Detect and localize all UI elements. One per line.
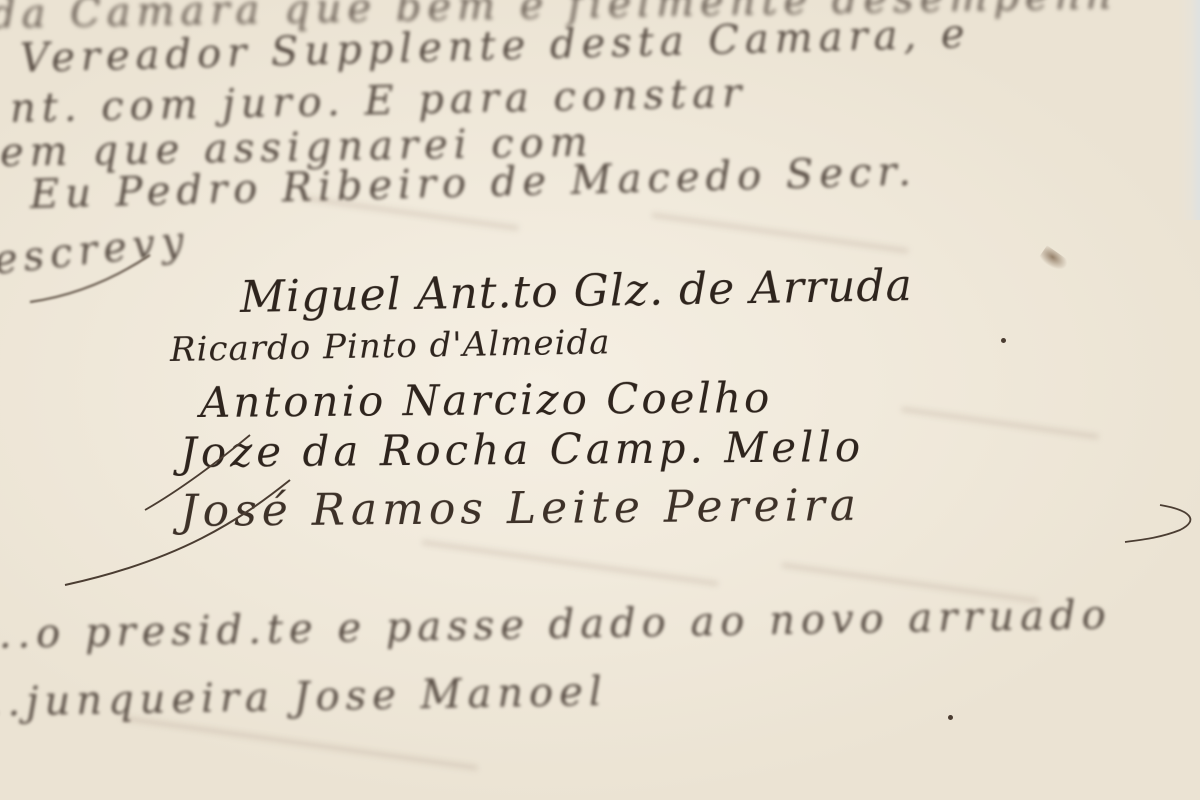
- manuscript-photo: da Camara que bem e fielmente desempenh …: [0, 0, 1200, 800]
- ink-dot: [948, 715, 953, 720]
- signature-ricardo-almeida: Ricardo Pinto d'Almeida: [170, 322, 611, 370]
- signature-joze-mello: Joze da Rocha Camp. Mello: [180, 422, 865, 477]
- pen-flourish: [140, 430, 260, 520]
- pen-flourish: [1120, 500, 1200, 550]
- pen-flourish: [20, 250, 160, 310]
- ink-dot: [1001, 338, 1006, 343]
- manuscript-line: ...junqueira Jose Manoel: [0, 669, 608, 726]
- bleed-through-mark: [651, 212, 909, 254]
- bleed-through-mark: [421, 539, 719, 587]
- signature-antonio-coelho: Antonio Narcizo Coelho: [200, 373, 773, 427]
- ink-blot: [1038, 245, 1070, 274]
- signature-miguel-arruda: Miguel Ant.to Glz. de Arruda: [240, 260, 914, 323]
- bleed-through-mark: [901, 406, 1100, 440]
- manuscript-line: ...o presid.te e passe dado ao novo arru…: [0, 592, 1112, 658]
- paper-edge: [1178, 0, 1200, 220]
- bleed-through-mark: [121, 715, 478, 771]
